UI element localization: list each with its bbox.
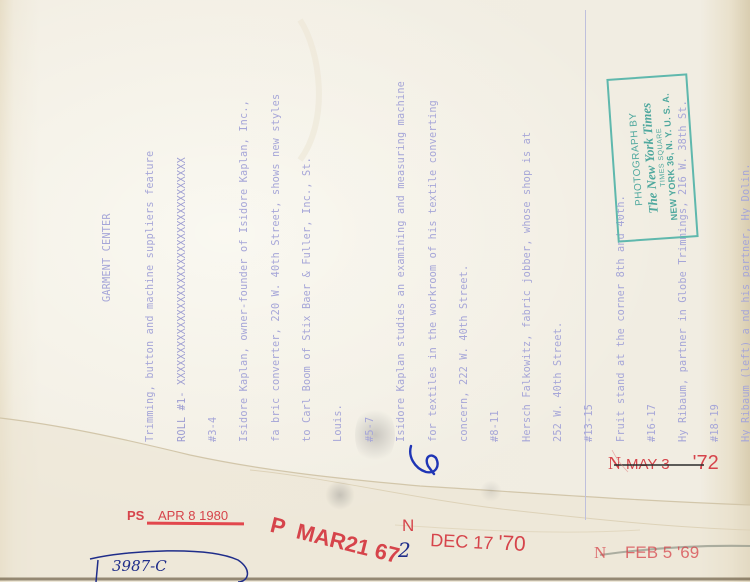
caption-line: #18-19 bbox=[711, 2, 721, 442]
date-stamp-dec-70-date: DEC 17 '70 bbox=[430, 528, 527, 557]
caption-line: for textiles in the workroom of his text… bbox=[429, 2, 439, 442]
caption-line: Hersch Falkowitz, fabric jobber, whose s… bbox=[523, 2, 533, 442]
date-stamp-dec-70: N bbox=[402, 516, 414, 536]
stamp-prefix: N bbox=[594, 543, 606, 562]
stamp-date: DEC 17 bbox=[430, 530, 494, 553]
caption-line: Trimming, button and machine suppliers f… bbox=[146, 2, 156, 442]
caption-line: concern, 222 W. 40th Street. bbox=[460, 2, 470, 442]
caption-line: to Carl Boom of Stix Baer & Fuller, Inc.… bbox=[303, 2, 313, 442]
stamp-date: FEB 5 bbox=[625, 543, 672, 562]
caption-line: ROLL #1- XXXXXXXXXXXXXXXXXXXXXXXXXXXXXXX… bbox=[178, 2, 188, 442]
stamp-year: '70 bbox=[498, 532, 527, 556]
caption-line: #5-7 bbox=[366, 2, 376, 442]
nyt-credit-stamp: PHOTOGRAPH BY The New York Times TIMES S… bbox=[606, 73, 698, 242]
stamp-year: 1980 bbox=[199, 508, 228, 523]
red-pencil-mark bbox=[610, 450, 640, 480]
date-stamp-apr-80: PS APR 8 1980 bbox=[127, 508, 228, 523]
caption-line: Isidore Kaplan, owner-founder of Isidore… bbox=[240, 2, 250, 442]
caption-line: Hy Ribaum (left) a nd his partner, Hy Do… bbox=[742, 2, 750, 442]
stamp-year: '69 bbox=[677, 543, 699, 562]
stamp-prefix: N bbox=[402, 516, 414, 535]
handwritten-numeral: 2 bbox=[398, 538, 411, 562]
caption-line: #13-15 bbox=[585, 2, 595, 442]
caption-line: #3-4 bbox=[209, 2, 219, 442]
caption-line: Louis. bbox=[334, 2, 344, 442]
caption-line: Isidore Kaplan studies an examining and … bbox=[397, 2, 407, 442]
stamp-prefix: PS bbox=[127, 508, 144, 523]
caption-title: GARMENT CENTER bbox=[103, 2, 113, 442]
handwritten-mark bbox=[408, 444, 444, 478]
grey-smudge bbox=[480, 480, 502, 502]
stamp-year: '72 bbox=[693, 452, 719, 474]
caption-line: fa bric converter, 220 W. 40th Street, s… bbox=[272, 2, 282, 442]
date-stamp-feb-69: N FEB 5 '69 bbox=[594, 543, 699, 563]
grey-smudge bbox=[325, 480, 355, 510]
caption-line: 252 W. 40th Street. bbox=[554, 2, 564, 442]
caption-line: #8-11 bbox=[491, 2, 501, 442]
catalog-number: 3987-C bbox=[112, 557, 167, 575]
